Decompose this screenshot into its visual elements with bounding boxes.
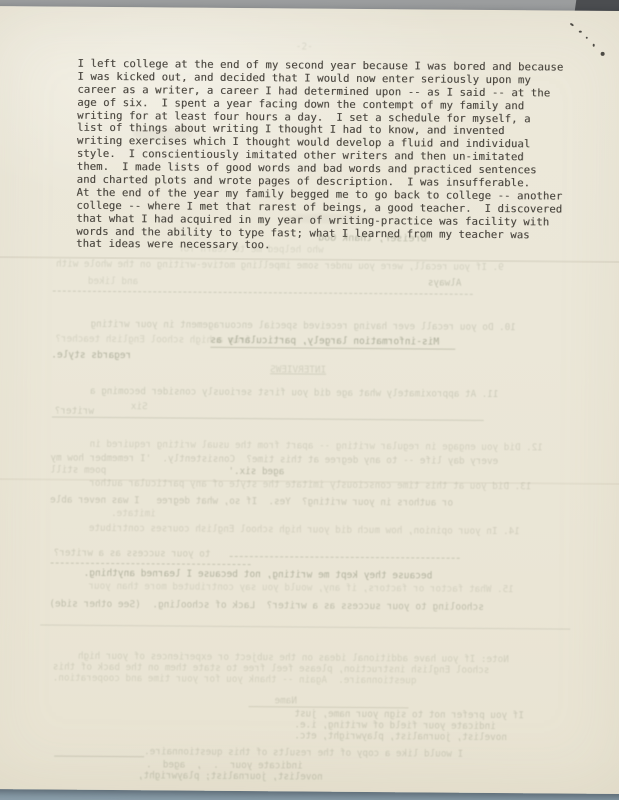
bleed-through-text: Name	[275, 695, 297, 706]
stain-smudge	[133, 127, 193, 141]
bleed-through-text: schooling to your success as a writer? L…	[49, 599, 484, 613]
ink-speck	[601, 52, 605, 56]
bleed-through-text: I would like a copy of the results of th…	[144, 746, 463, 760]
bleed-through-layer: -2-Dreiser, thank Godwho helped me to le…	[0, 6, 619, 11]
bleed-through-text: to your success as a writer?	[54, 548, 211, 560]
bleed-through-text: and liked	[88, 276, 138, 287]
bleed-through-rule	[52, 417, 484, 421]
ink-speck	[586, 37, 588, 39]
bleed-through-text: 14. In your opinion, how much did your h…	[89, 523, 520, 537]
bleed-through-rule	[230, 556, 460, 559]
bleed-through-text: who helped me to learn for	[178, 244, 324, 256]
bleed-through-text: novelist, journalist; playwright,	[138, 770, 323, 782]
bleed-through-rule	[53, 291, 473, 295]
bleed-through-text: 12. Did you engage in regular writing --…	[90, 439, 543, 454]
bleed-through-rule	[51, 563, 251, 566]
bleed-through-text: because they kept me writing, not becaus…	[84, 568, 433, 582]
bleed-through-text: Six	[131, 401, 148, 412]
bleed-through-text: writer?	[55, 406, 94, 417]
bleed-through-text: aged six.'	[228, 466, 284, 477]
bleed-through-text: 9. If you recall, were you under some im…	[56, 259, 504, 274]
scanned-typescript-page: { "document": { "kind": "typewritten man…	[0, 0, 619, 800]
bleed-through-text: novelist, journalist, playwright, etc.	[294, 730, 507, 743]
bleed-through-text: 15. What factor or factors, if any, woul…	[88, 581, 513, 595]
bleed-through-text: or authors in your writing? Yes. If so, …	[50, 495, 453, 509]
typed-paragraph: I left college at the end of my second y…	[76, 58, 563, 255]
bleed-through-text: questionnaire. Again -- thank you for yo…	[53, 673, 417, 687]
bleed-through-text: INTERVIEWS	[270, 364, 326, 375]
bleed-through-text: regards style.	[51, 350, 131, 362]
bleed-through-text: -2-	[296, 41, 313, 52]
bleed-through-text: 13. Did you at this time consciously imi…	[89, 478, 531, 492]
ink-speck	[579, 31, 582, 33]
ink-speck	[593, 44, 595, 47]
bleed-through-text: poem still	[50, 465, 106, 476]
bleed-through-rule	[54, 756, 144, 758]
paper-sheet: I left college at the end of my second y…	[0, 6, 619, 794]
bleed-through-text: 11. At approximately what age did you fi…	[90, 386, 499, 400]
bleed-through-text: Mis-information largely, particularly as	[210, 335, 439, 348]
bleed-through-text: Dreiser, thank God	[318, 233, 426, 245]
bleed-through-text: imitate.	[111, 508, 156, 519]
bleed-through-text: 10. Do you recall ever having received s…	[90, 319, 515, 333]
bleed-through-text: Always	[428, 277, 462, 288]
bleed-through-text: every day life -- to any degree at this …	[50, 453, 498, 468]
bleed-through-rule	[40, 624, 570, 629]
ink-speck	[570, 23, 574, 27]
